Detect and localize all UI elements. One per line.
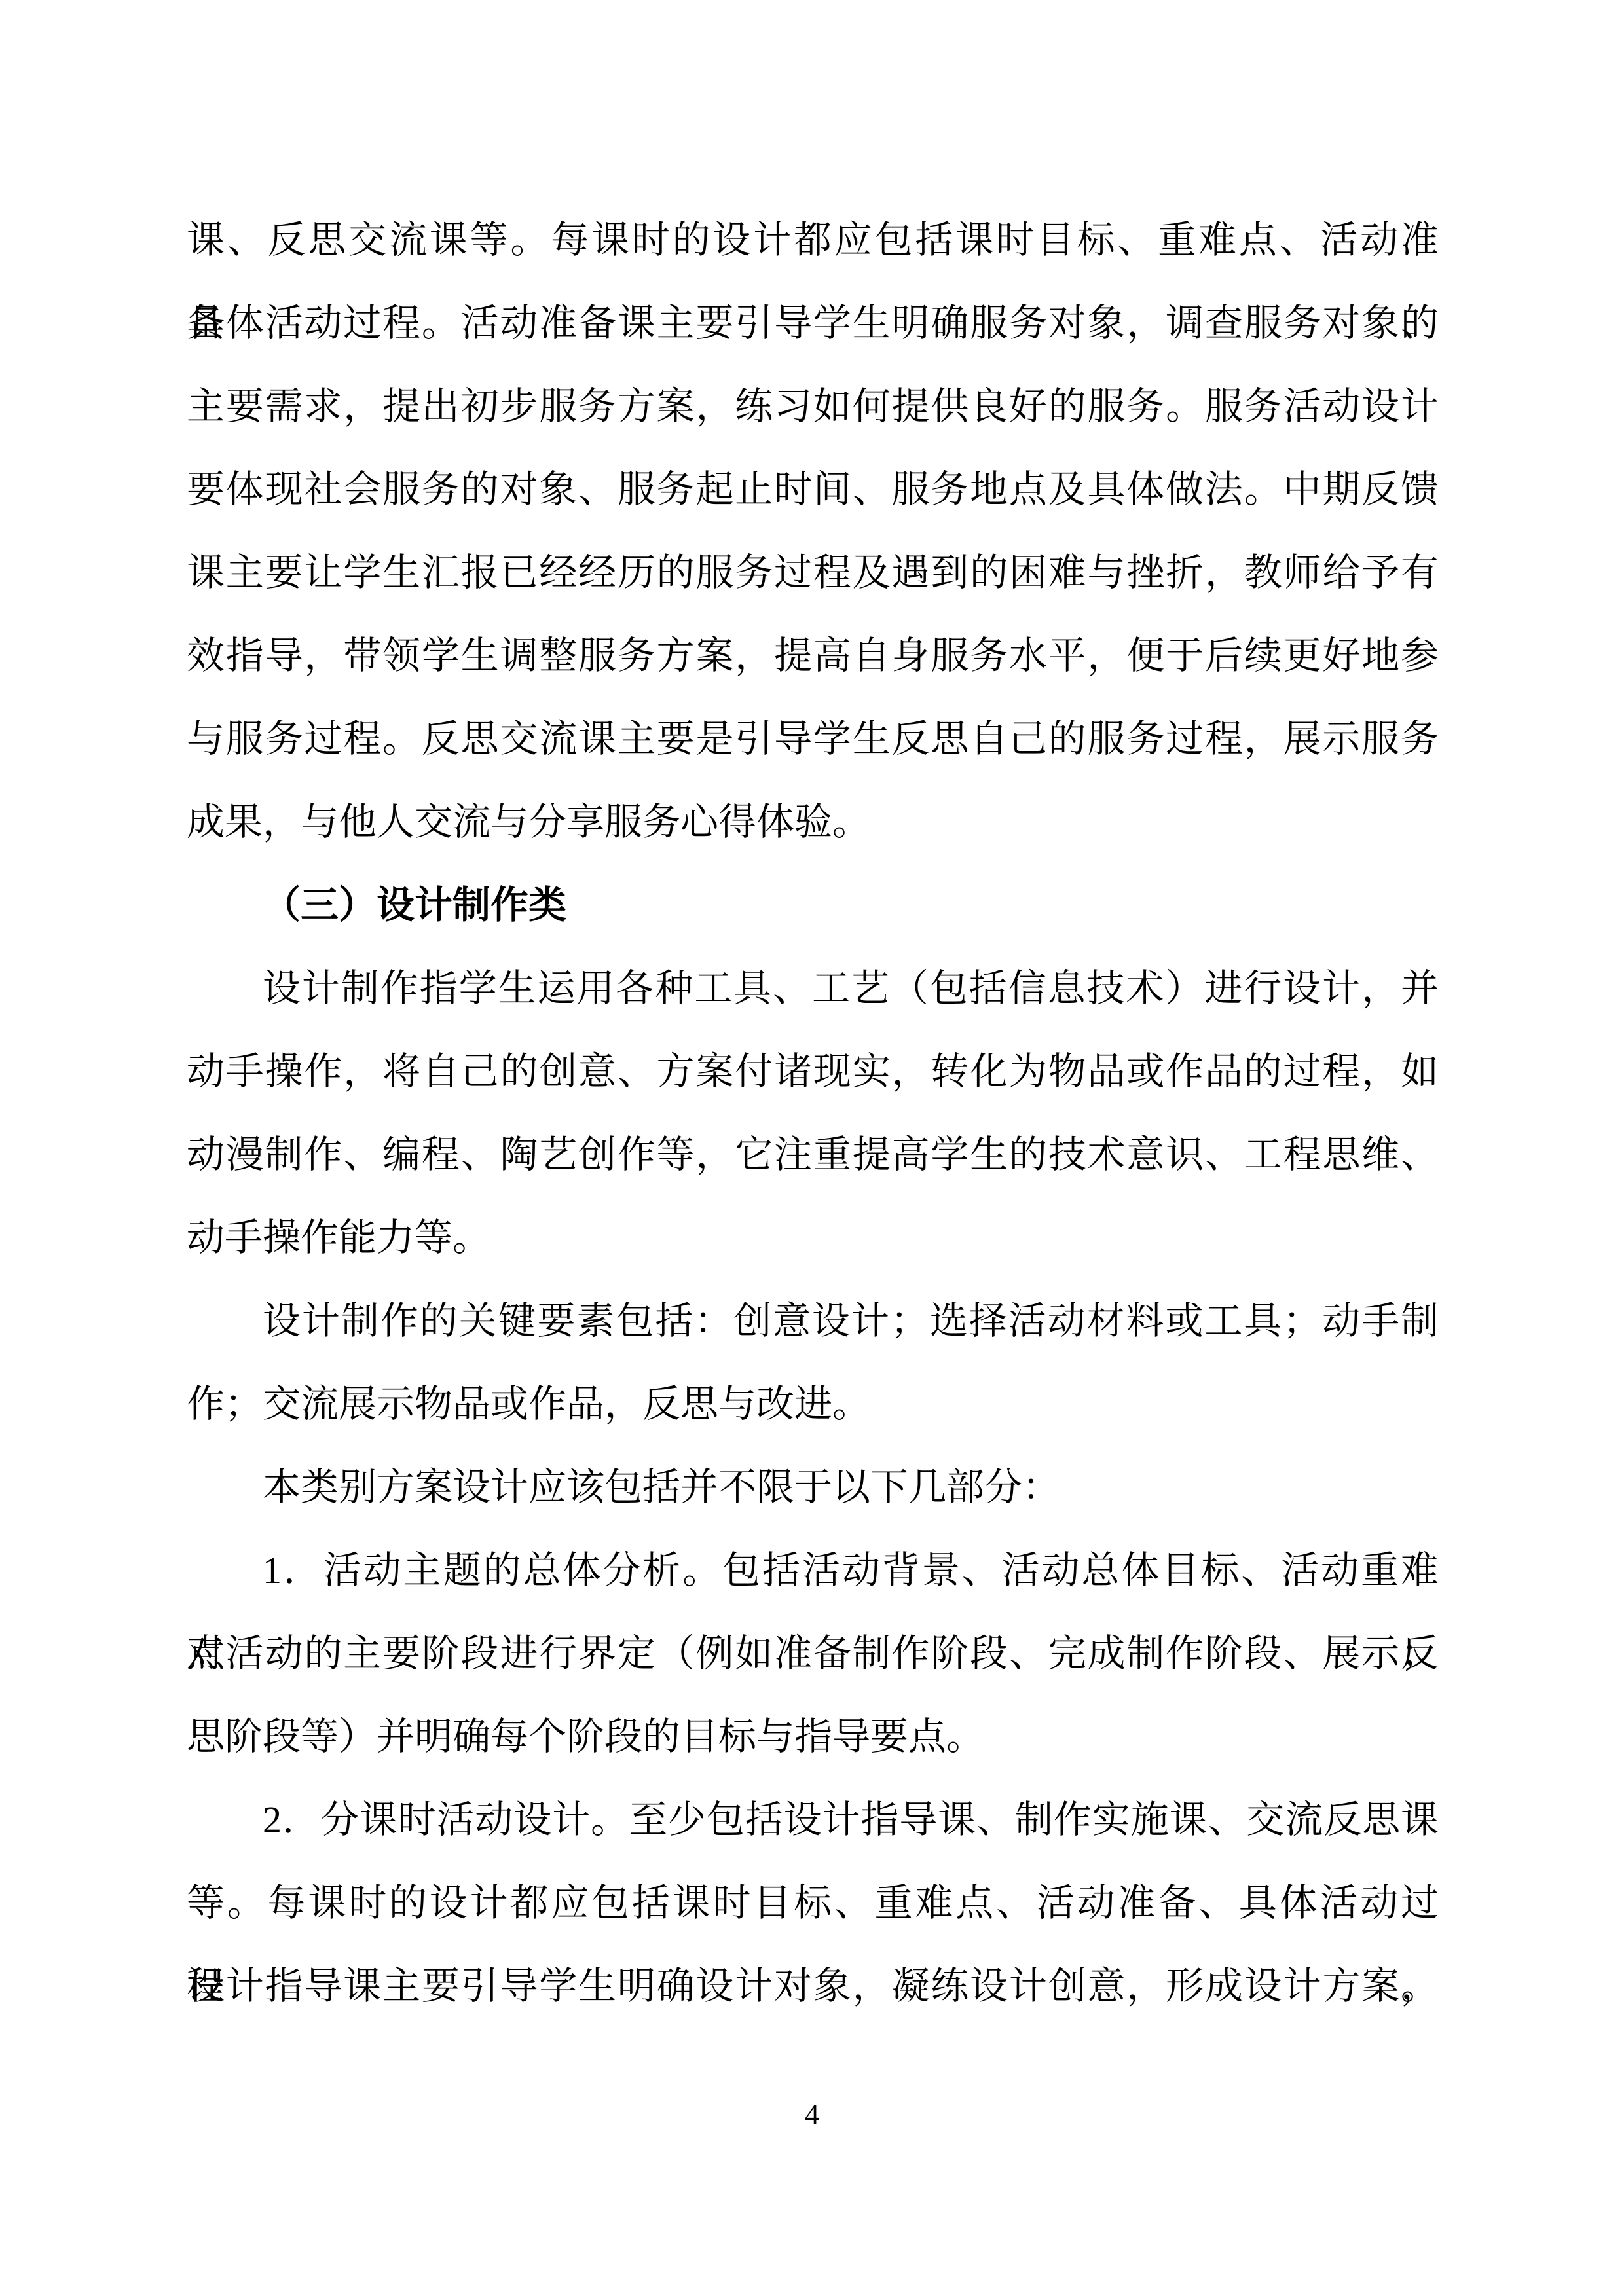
list-item-1: 1．活动主题的总体分析。包括活动背景、活动总体目标、活动重难点； (187, 1529, 1439, 1612)
document-page: 课、反思交流课等。每课时的设计都应包括课时目标、重难点、活动准备、 具体活动过程… (0, 0, 1624, 2296)
text-line: 等。每课时的设计都应包括课时目标、重难点、活动准备、具体活动过程。 (187, 1861, 1439, 1944)
text-line: 对活动的主要阶段进行界定（例如准备制作阶段、完成制作阶段、展示反 (187, 1612, 1439, 1695)
text-line: 作；交流展示物品或作品，反思与改进。 (187, 1362, 1439, 1446)
text-line: 动手操作能力等。 (187, 1196, 1439, 1279)
page-number: 4 (805, 2098, 819, 2130)
page-footer: 4 (0, 2092, 1624, 2138)
text-line: 动手操作，将自己的创意、方案付诸现实，转化为物品或作品的过程，如 (187, 1030, 1439, 1113)
text-line: 动漫制作、编程、陶艺创作等，它注重提高学生的技术意识、工程思维、 (187, 1113, 1439, 1196)
text-line: 效指导，带领学生调整服务方案，提高自身服务水平，便于后续更好地参 (187, 614, 1439, 697)
text-line: 成果，与他人交流与分享服务心得体验。 (187, 780, 1439, 864)
text-line: 主要需求，提出初步服务方案，练习如何提供良好的服务。服务活动设计 (187, 365, 1439, 448)
section-heading: （三）设计制作类 (187, 864, 1439, 947)
document-body: 课、反思交流课等。每课时的设计都应包括课时目标、重难点、活动准备、 具体活动过程… (187, 198, 1439, 2028)
text-line: 设计指导课主要引导学生明确设计对象，凝练设计创意，形成设计方案， (187, 1944, 1439, 2028)
text-line: 设计制作的关键要素包括：创意设计；选择活动材料或工具；动手制 (187, 1279, 1439, 1362)
text-line: 具体活动过程。活动准备课主要引导学生明确服务对象，调查服务对象的 (187, 282, 1439, 365)
text-line: 与服务过程。反思交流课主要是引导学生反思自己的服务过程，展示服务 (187, 697, 1439, 780)
text-line: 课主要让学生汇报已经经历的服务过程及遇到的困难与挫折，教师给予有 (187, 531, 1439, 614)
list-item-2: 2．分课时活动设计。至少包括设计指导课、制作实施课、交流反思课 (187, 1778, 1439, 1861)
text-line: 课、反思交流课等。每课时的设计都应包括课时目标、重难点、活动准备、 (187, 198, 1439, 282)
text-line: 思阶段等）并明确每个阶段的目标与指导要点。 (187, 1695, 1439, 1778)
text-line: 本类别方案设计应该包括并不限于以下几部分： (187, 1446, 1439, 1529)
text-line: 设计制作指学生运用各种工具、工艺（包括信息技术）进行设计，并 (187, 947, 1439, 1030)
text-line: 要体现社会服务的对象、服务起止时间、服务地点及具体做法。中期反馈 (187, 448, 1439, 531)
